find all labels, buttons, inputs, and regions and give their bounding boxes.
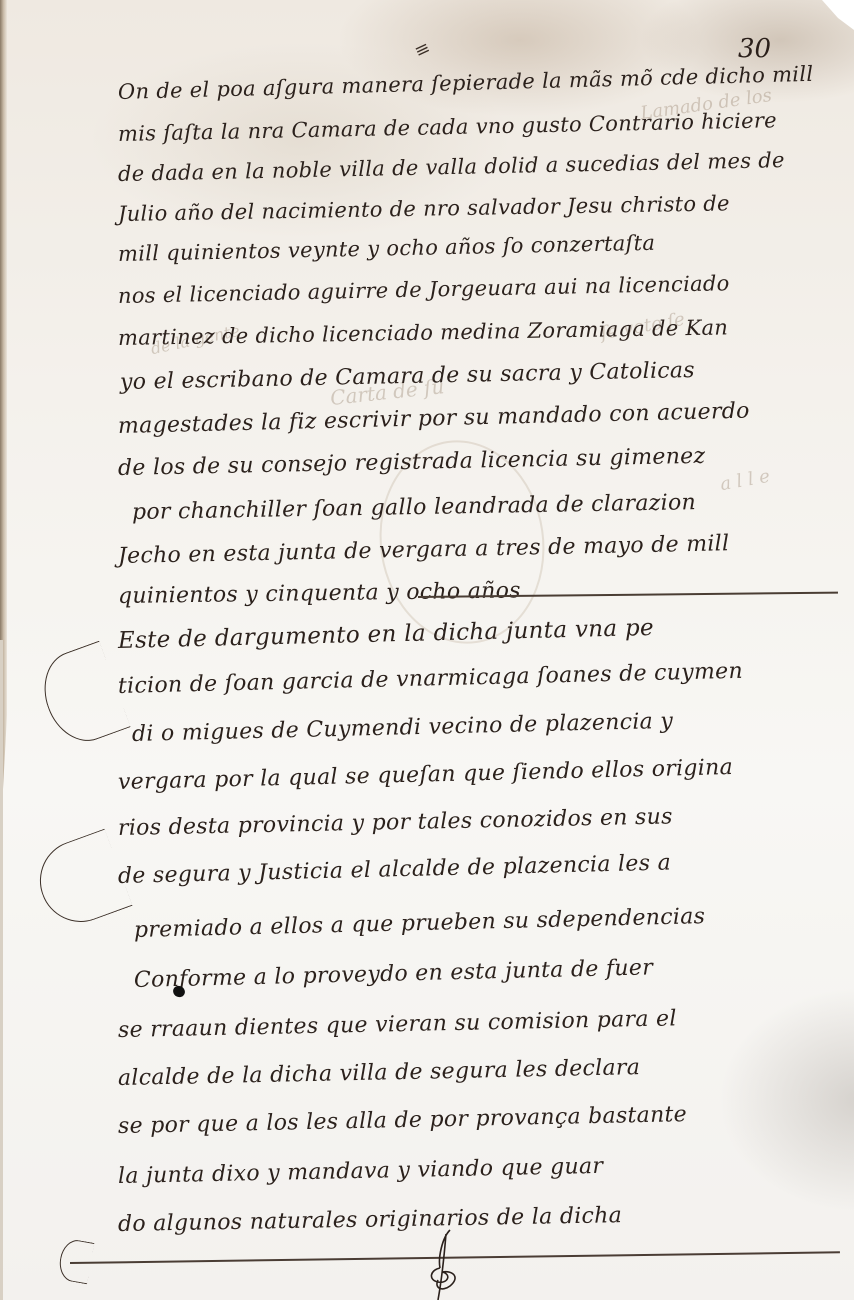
- folio-mark: ≡: [411, 38, 431, 62]
- manuscript-line: yo el escribano de Camara de su sacra y …: [120, 358, 695, 395]
- manuscript-line: mis ſaſta la nra Camara de cada vno gust…: [118, 108, 777, 146]
- manuscript-line: do algunos naturales originarios de la d…: [118, 1203, 623, 1237]
- manuscript-page: Lamado de los ſe voto ſe Carta de ſu a l…: [0, 0, 854, 1300]
- manuscript-line: nos el licenciado aguirre de Jorgeuara a…: [118, 271, 730, 308]
- folio-number: 30: [738, 34, 771, 64]
- manuscript-line: On de el poa aſgura manera ſepierade la …: [118, 62, 814, 104]
- manuscript-line: alcalde de la dicha villa de segura les …: [118, 1055, 641, 1091]
- manuscript-line: de segura y Justicia el alcalde de plaze…: [118, 850, 672, 889]
- manuscript-line: magestades la fiz escrivir por su mandad…: [118, 399, 750, 439]
- signature-rubric-icon: [420, 1228, 470, 1300]
- capital-flourish: [32, 641, 130, 752]
- manuscript-line: de dada en la noble villa de valla dolid…: [118, 148, 785, 186]
- torn-corner: [814, 0, 854, 30]
- manuscript-line: martinez de dicho licenciado medina Zora…: [118, 315, 729, 350]
- manuscript-line: se por que a los les alla de por provanç…: [118, 1102, 688, 1139]
- manuscript-line: Conforme a lo proveydo en esta junta de …: [134, 955, 654, 993]
- manuscript-line: rios desta provincia y por tales conozid…: [118, 804, 673, 841]
- manuscript-line: mill quinientos veynte y ocho años ſo co…: [118, 231, 656, 266]
- manuscript-line: ticion de ſoan garcia de vnarmicaga ſoan…: [118, 659, 744, 699]
- manuscript-line: Julio año del nacimiento de nro salvador…: [118, 191, 730, 226]
- manuscript-line: Este de dargumento en la dicha junta vna…: [118, 615, 654, 654]
- page-edge-lower: [0, 640, 3, 1300]
- manuscript-line: premiado a ellos a que prueben su sdepen…: [134, 904, 706, 943]
- manuscript-line: la junta dixo y mandava y viando que gua…: [118, 1154, 604, 1189]
- manuscript-line: vergara por la qual se queſan que ſiendo…: [118, 755, 734, 795]
- line-end-flourish: [57, 1238, 95, 1285]
- manuscript-line: di o migues de Cuymendi vecino de plazen…: [132, 709, 674, 747]
- capital-flourish: [28, 829, 132, 934]
- manuscript-line: se rraaun dientes que vieran su comision…: [118, 1006, 677, 1043]
- bleed-through-text: a l l e: [719, 466, 772, 495]
- manuscript-line: por chanchiller ſoan gallo leandrada de …: [132, 490, 696, 525]
